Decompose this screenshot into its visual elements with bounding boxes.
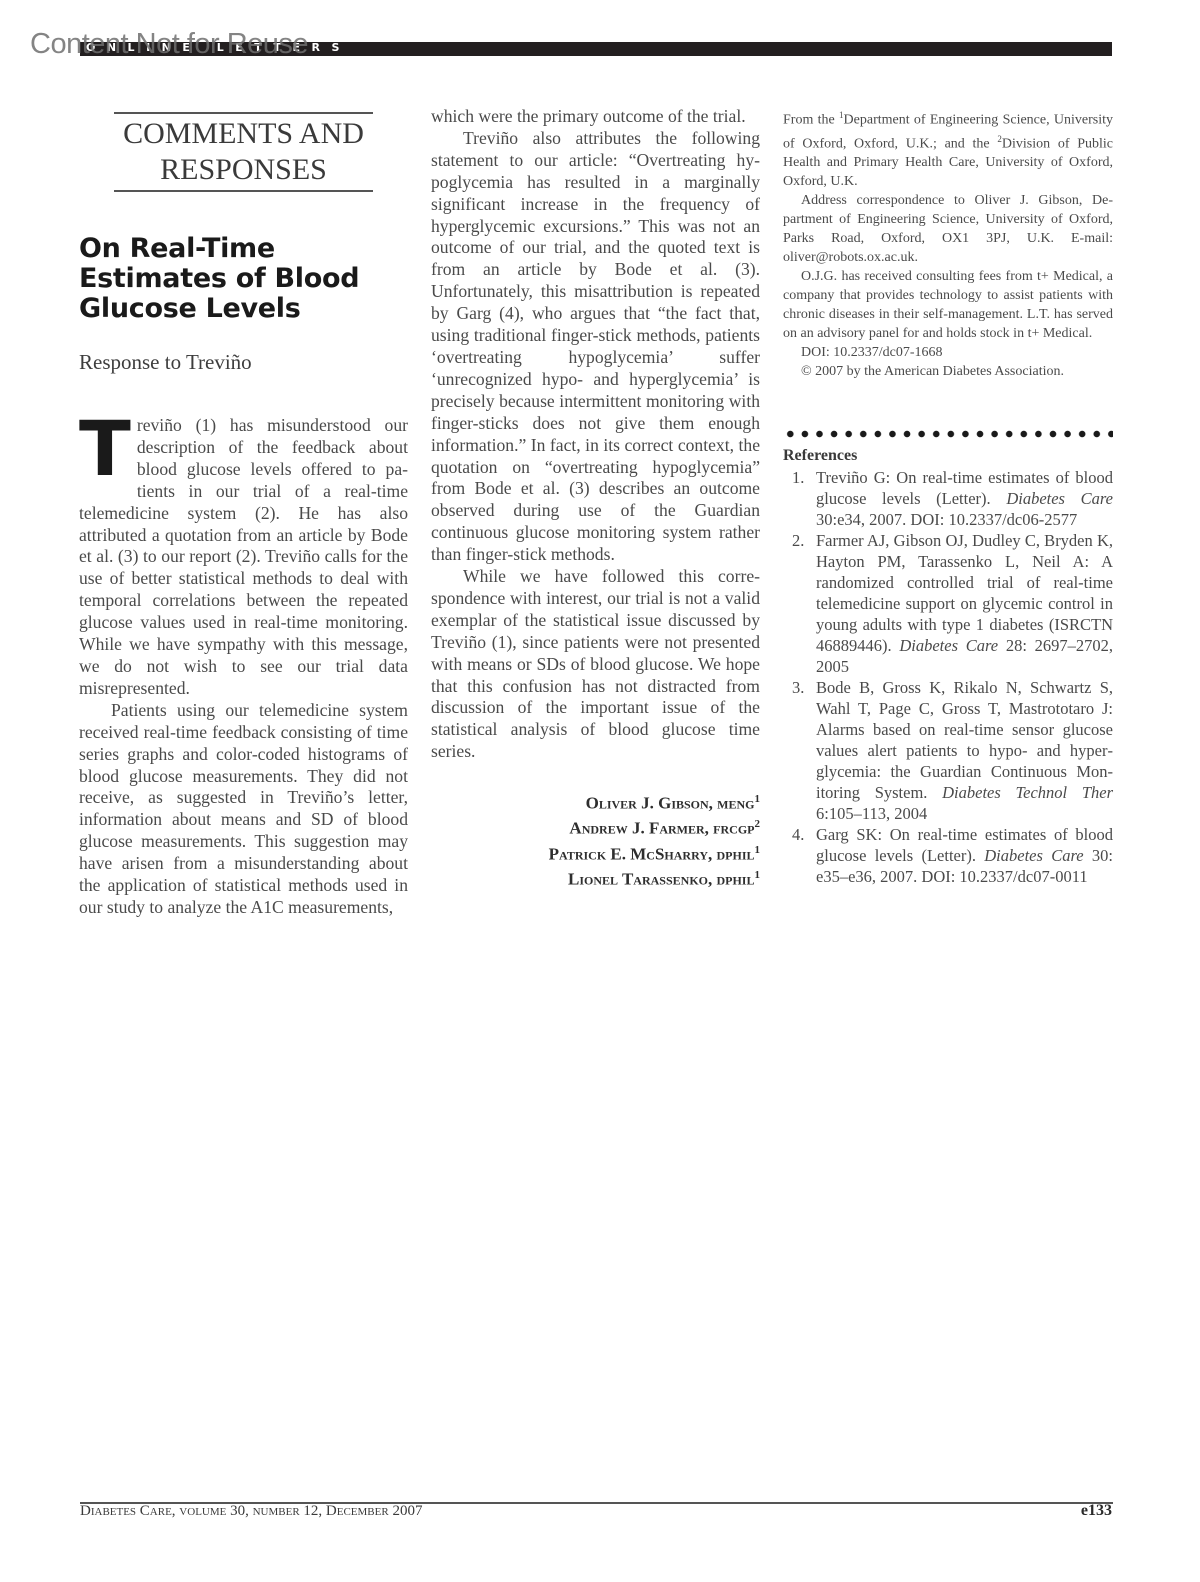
author-3: Patrick E. McSharry, dphil1 (431, 840, 760, 865)
affiliations: From the 1Department of Engineering Scie… (783, 106, 1113, 381)
column-1: COMMENTS AND RESPONSES On Real-Time Esti… (79, 106, 408, 919)
body-text-col1: Treviño (1) has misunderstood our descri… (79, 415, 408, 919)
references-heading: References (783, 447, 1113, 465)
paragraph-3: Treviño also attributes the following st… (431, 128, 760, 566)
title-line: Glucose Levels (79, 294, 408, 324)
doi-text: DOI: 10.2337/dc07-1668 (783, 343, 1113, 362)
author-2: Andrew J. Farmer, frcgp2 (431, 814, 760, 839)
reference-item: 3.Bode B, Gross K, Rikalo N, Schwartz S,… (783, 677, 1113, 824)
column-3: From the 1Department of Engineering Scie… (783, 106, 1113, 887)
paragraph-2: Patients using our telemedicine sys­tem … (79, 700, 408, 919)
article-subtitle: Response to Treviño (79, 350, 408, 375)
disclosure-text: O.J.G. has received consulting fees from… (783, 267, 1113, 343)
reference-item: 4.Garg SK: On real-time estimates of blo… (783, 824, 1113, 887)
column-2: which were the primary outcome of the tr… (431, 106, 760, 890)
copyright-text: © 2007 by the American Diabetes Associat… (783, 362, 1113, 381)
section-heading-line2: RESPONSES (114, 152, 373, 188)
author-4: Lionel Tarassenko, dphil1 (431, 865, 760, 890)
section-heading-line1: COMMENTS AND (114, 116, 373, 152)
title-line: On Real-Time (79, 234, 408, 264)
article-title: On Real-Time Estimates of Blood Glucose … (79, 234, 408, 324)
affiliation-text: From the 1Department of Engineering Scie… (783, 106, 1113, 191)
paragraph-4: While we have followed this corre­sponde… (431, 566, 760, 763)
paragraph-2-continued: which were the primary outcome of the tr… (431, 106, 760, 128)
reference-item: 2.Farmer AJ, Gibson OJ, Dudley C, Bryden… (783, 530, 1113, 677)
watermark: Content Not for Reuse (30, 28, 308, 61)
correspondence-text: Address correspondence to Oliver J. Gibs… (783, 191, 1113, 267)
author-1: Oliver J. Gibson, meng1 (431, 789, 760, 814)
dotted-separator (783, 429, 1113, 439)
title-line: Estimates of Blood (79, 264, 408, 294)
page-number: e133 (1081, 1502, 1112, 1520)
drop-cap: T (79, 419, 131, 485)
reference-item: 1.Treviño G: On real-time estimates of b… (783, 467, 1113, 530)
body-text-col2: which were the primary outcome of the tr… (431, 106, 760, 763)
references-list: 1.Treviño G: On real-time estimates of b… (783, 467, 1113, 887)
footer-journal-info: Diabetes Care, volume 30, number 12, Dec… (80, 1503, 422, 1520)
paragraph-1: Treviño (1) has misunderstood our descri… (79, 415, 408, 700)
author-signatures: Oliver J. Gibson, meng1 Andrew J. Farmer… (431, 789, 760, 890)
section-heading: COMMENTS AND RESPONSES (114, 112, 373, 192)
